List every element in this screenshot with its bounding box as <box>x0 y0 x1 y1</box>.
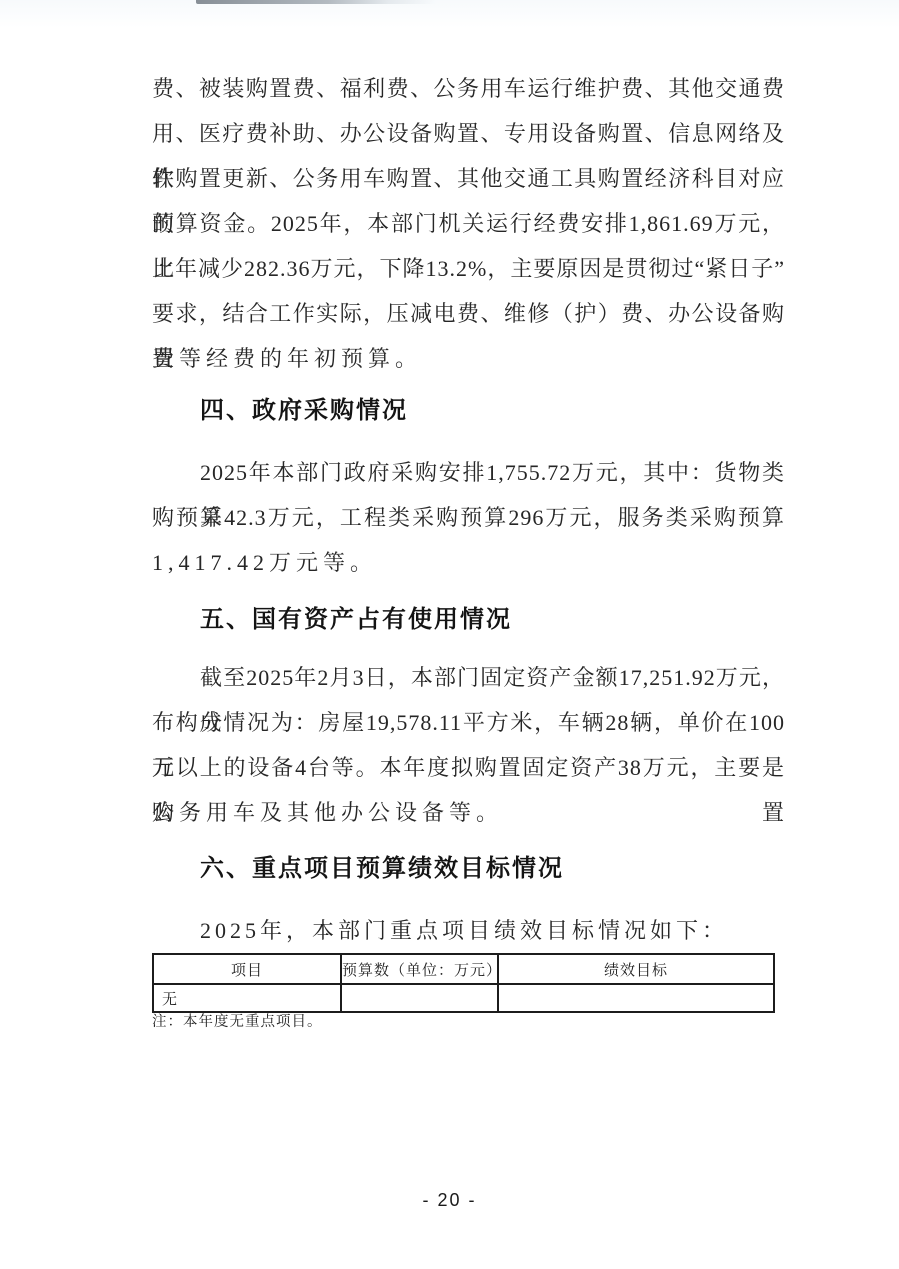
section-heading-key-project-performance: 六、重点项目预算绩效目标情况 <box>200 854 564 884</box>
performance-target-table: 项目 预算数（单位：万元） 绩效目标 无 <box>152 953 775 1013</box>
text-line: 件购置更新、公务用车购置、其他交通工具购置经济科目对应的 <box>152 156 785 201</box>
table-cell-budget <box>341 984 498 1012</box>
text-line: 费等经费的年初预算。 <box>152 336 785 381</box>
page-number: - 20 - <box>0 1190 899 1211</box>
text-line: 上年减少282.36万元，下降13.2%，主要原因是贯彻过“紧日子” <box>152 246 785 291</box>
table-cell-project: 无 <box>153 984 341 1012</box>
scan-artifact-smudge <box>196 0 436 4</box>
paragraph-operating-funds: 费、被装购置费、福利费、公务用车运行维护费、其他交通费 用、医疗费补助、办公设备… <box>152 66 785 381</box>
table-note: 注：本年度无重点项目。 <box>152 1010 323 1031</box>
table-row: 无 <box>153 984 774 1012</box>
text-line: 2025年，本部门重点项目绩效目标情况如下： <box>152 908 785 953</box>
table-header-project: 项目 <box>153 954 341 984</box>
text-line: 1,417.42万元等。 <box>152 540 785 585</box>
text-line: 布构成情况为：房屋19,578.11平方米，车辆28辆，单价在100万 <box>152 700 785 745</box>
paragraph-state-assets: 截至2025年2月3日，本部门固定资产金额17,251.92万元，分 布构成情况… <box>152 655 785 835</box>
table-header-performance: 绩效目标 <box>498 954 774 984</box>
text-line: 2025年本部门政府采购安排1,755.72万元，其中：货物类采 <box>152 450 785 495</box>
text-line: 购预算42.3万元，工程类采购预算296万元，服务类采购预算 <box>152 495 785 540</box>
text-line: 元以上的设备4台等。本年度拟购置固定资产38万元，主要是购置 <box>152 745 785 790</box>
table-header-row: 项目 预算数（单位：万元） 绩效目标 <box>153 954 774 984</box>
text-line: 要求，结合工作实际，压减电费、维修（护）费、办公设备购置 <box>152 291 785 336</box>
section-heading-government-procurement: 四、政府采购情况 <box>200 396 408 426</box>
table-cell-performance <box>498 984 774 1012</box>
table-header-budget: 预算数（单位：万元） <box>341 954 498 984</box>
paragraph-key-project-lead: 2025年，本部门重点项目绩效目标情况如下： <box>152 908 785 953</box>
paragraph-government-procurement: 2025年本部门政府采购安排1,755.72万元，其中：货物类采 购预算42.3… <box>152 450 785 585</box>
text-line: 费、被装购置费、福利费、公务用车运行维护费、其他交通费 <box>152 66 785 111</box>
section-heading-state-assets: 五、国有资产占有使用情况 <box>200 605 512 635</box>
text-line: 预算资金。2025年，本部门机关运行经费安排1,861.69万元，比 <box>152 201 785 246</box>
document-page: 费、被装购置费、福利费、公务用车运行维护费、其他交通费 用、医疗费补助、办公设备… <box>0 0 899 1269</box>
text-line: 截至2025年2月3日，本部门固定资产金额17,251.92万元，分 <box>152 655 785 700</box>
text-line: 用、医疗费补助、办公设备购置、专用设备购置、信息网络及软 <box>152 111 785 156</box>
